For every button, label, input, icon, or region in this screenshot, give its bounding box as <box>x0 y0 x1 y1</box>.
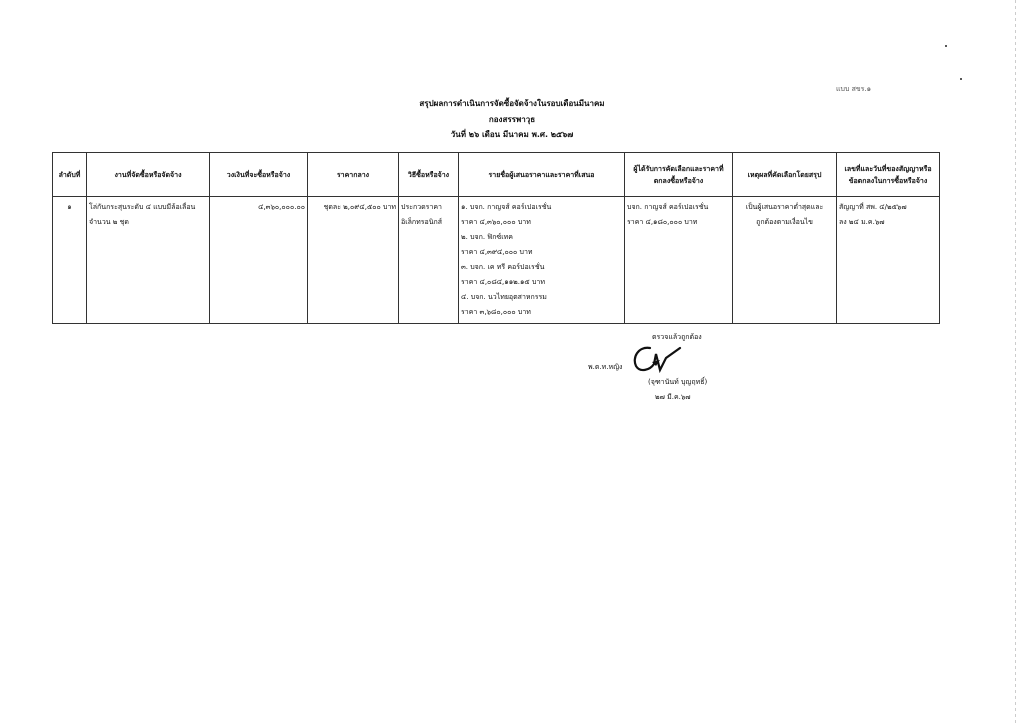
review-date: ๒๗ มี.ค.๖๗ <box>655 392 691 403</box>
department-name: กองสรรพาวุธ <box>0 113 1024 126</box>
header-bidders: รายชื่อผู้เสนอราคาและราคาที่เสนอ <box>459 153 625 197</box>
header-selected: ผู้ได้รับการคัดเลือกและราคาที่ตกลงซื้อหร… <box>625 153 733 197</box>
scan-speck <box>960 78 962 80</box>
table-header-row: ลำดับที่ งานที่จัดซื้อหรือจัดจ้าง วงเงิน… <box>53 153 940 197</box>
cell-contract: สัญญาที่ สพ. ๔/๒๕๖๗ ลง ๒๔ ม.ค.๖๗ <box>837 197 940 324</box>
document-title: สรุปผลการดำเนินการจัดซื้อจัดจ้างในรอบเดื… <box>0 97 1024 110</box>
cell-reason: เป็นผู้เสนอราคาต่ำสุดและ ถูกต้องตามเงื่อ… <box>733 197 837 324</box>
cell-selected: บจก. กาญจส์ คอร์เปอเรชั่น ราคา ๔,๑๘๐,๐๐๐… <box>625 197 733 324</box>
cell-no: ๑ <box>53 197 87 324</box>
cell-method: ประกวดราคา อิเล็กทรอนิกส์ <box>399 197 459 324</box>
reviewer-name: (จุฑานันท์ บุญฤทธิ์) <box>648 377 707 388</box>
header-no: ลำดับที่ <box>53 153 87 197</box>
cell-bidders: ๑. บจก. กาญจส์ คอร์เปอเรชั่น ราคา ๔,๓๖๐,… <box>459 197 625 324</box>
cell-reference-price: ชุดละ ๒,๐๙๔,๕๐๐ บาท <box>308 197 399 324</box>
procurement-table: ลำดับที่ งานที่จัดซื้อหรือจัดจ้าง วงเงิน… <box>52 152 940 324</box>
header-reason: เหตุผลที่คัดเลือกโดยสรุป <box>733 153 837 197</box>
form-code: แบบ สขร.๑ <box>836 84 871 95</box>
header-method: วิธีซื้อหรือจ้าง <box>399 153 459 197</box>
header-item: งานที่จัดซื้อหรือจัดจ้าง <box>87 153 210 197</box>
cell-budget: ๔,๓๖๐,๐๐๐.๐๐ <box>210 197 308 324</box>
document-date: วันที่ ๒๖ เดือน มีนาคม พ.ศ. ๒๕๖๗ <box>0 128 1024 141</box>
table-row: ๑ โล่กันกระสุนระดับ ๔ แบบมีล้อเลื่อน จำน… <box>53 197 940 324</box>
header-reference-price: ราคากลาง <box>308 153 399 197</box>
cell-item: โล่กันกระสุนระดับ ๔ แบบมีล้อเลื่อน จำนวน… <box>87 197 210 324</box>
reviewer-rank: พ.ต.ท.หญิง <box>588 362 622 373</box>
signature-icon <box>620 340 700 380</box>
header-budget: วงเงินที่จะซื้อหรือจ้าง <box>210 153 308 197</box>
scan-speck <box>945 45 947 47</box>
header-contract: เลขที่และวันที่ของสัญญาหรือข้อตกลงในการซ… <box>837 153 940 197</box>
